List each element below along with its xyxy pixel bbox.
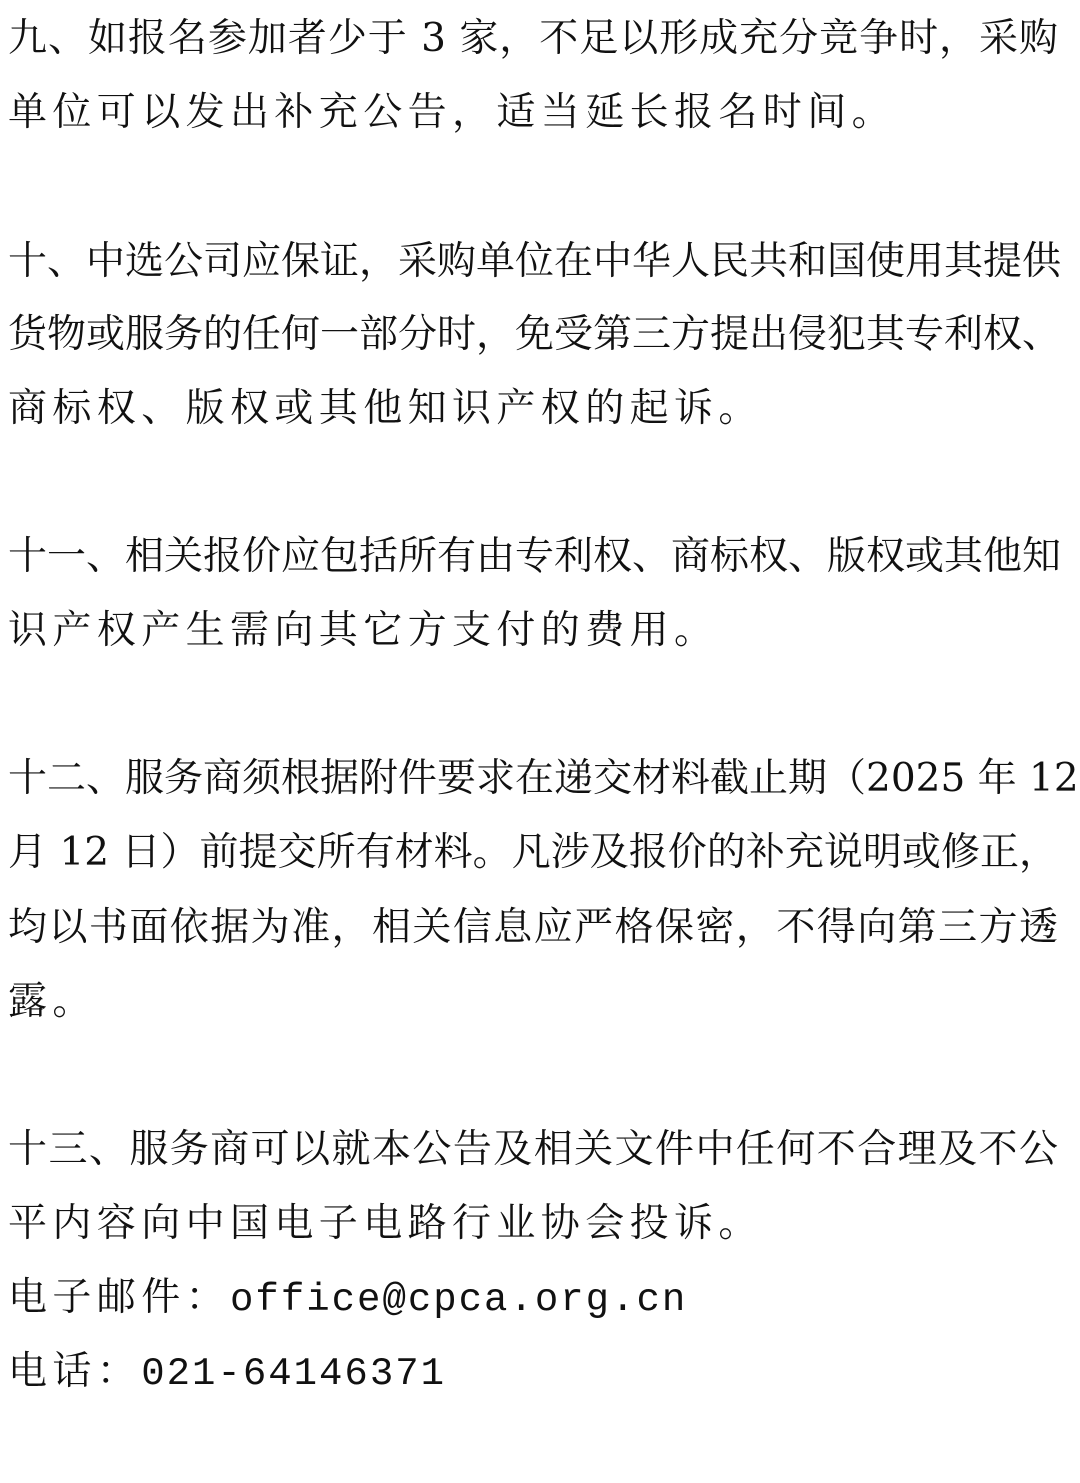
email-label: 电子邮件： [8,1275,230,1320]
clause-13-line-2: 平内容向中国电子电路行业协会投诉。 [8,1187,1058,1261]
email-address[interactable]: office@cpca.org.cn [230,1278,687,1322]
clause-12-line-4: 露。 [8,965,1058,1039]
phone-number: 021-64146371 [141,1352,446,1396]
clause-9-line-1: 九、如报名参加者少于 3 家，不足以形成充分竞争时，采购 [8,2,1058,76]
clause-11-line-1: 十一、相关报价应包括所有由专利权、商标权、版权或其他知 [8,520,1058,594]
email-line: 电子邮件：office@cpca.org.cn [8,1261,1058,1335]
clause-12-line-3: 均以书面依据为准，相关信息应严格保密，不得向第三方透 [8,891,1058,965]
clause-13-line-1: 十三、服务商可以就本公告及相关文件中任何不合理及不公 [8,1113,1058,1187]
clause-10-line-2: 货物或服务的任何一部分时，免受第三方提出侵犯其专利权、 [8,298,1058,372]
clause-10-line-1: 十、中选公司应保证，采购单位在中华人民共和国使用其提供 [8,225,1058,299]
phone-label: 电话： [8,1349,141,1394]
phone-line: 电话：021-64146371 [8,1335,1058,1409]
clause-12-line-2: 月 12 日）前提交所有材料。凡涉及报价的补充说明或修正， [8,816,1058,890]
clause-11-line-2: 识产权产生需向其它方支付的费用。 [8,594,1058,668]
clause-10-line-3: 商标权、版权或其他知识产权的起诉。 [8,372,1058,446]
clause-12-line-1: 十二、服务商须根据附件要求在递交材料截止期（2025 年 12 [8,742,1058,816]
clause-9-line-2: 单位可以发出补充公告，适当延长报名时间。 [8,76,1058,150]
